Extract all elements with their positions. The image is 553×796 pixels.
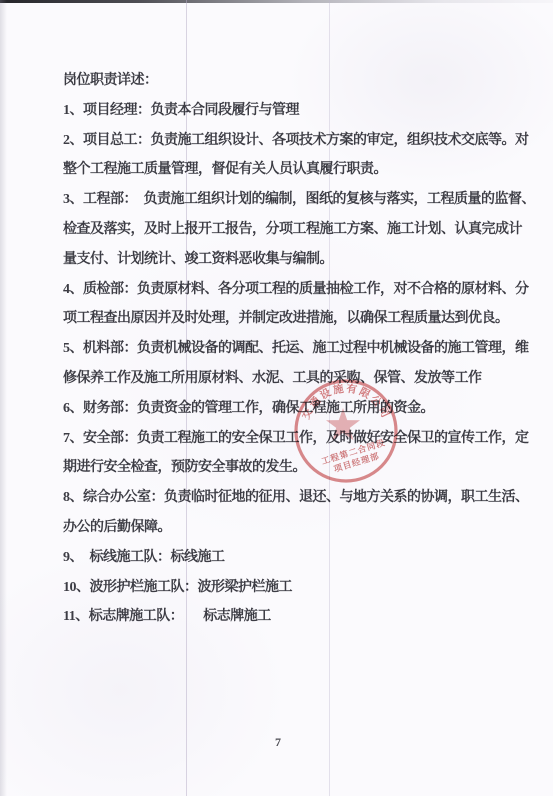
text-line: 5、机料部：负责机械设备的调配、托运、施工过程中机械设备的施工管理，维	[63, 334, 525, 364]
page-number: 7	[258, 735, 298, 750]
seal-arc-text: 交通设施有限公司	[299, 382, 393, 421]
text-line: 量支付、计划统计、竣工资料恶收集与编制。	[63, 245, 525, 275]
text-line: 4、质检部：负责原材料、各分项工程的质量抽检工作，对不合格的原材料、分	[63, 275, 525, 305]
section-heading: 岗位职责详述：	[63, 66, 525, 96]
text-line: 9、 标线施工队：标线施工	[63, 543, 525, 573]
company-seal-stamp: 交通设施有限公司 工程第二合同段 项目经理部	[281, 366, 411, 496]
svg-text:交通设施有限公司: 交通设施有限公司	[299, 382, 393, 421]
star-icon	[326, 408, 360, 440]
text-line: 2、项目总工：负责施工组织设计、各项技术方案的审定，组织技术交底等。对	[63, 126, 525, 156]
text-line: 办公的后勤保障。	[63, 513, 525, 543]
text-line: 整个工程施工质量管理，督促有关人员认真履行职责。	[63, 155, 525, 185]
text-line: 3、工程部： 负责施工组织计划的编制，图纸的复核与落实，工程质量的监督、	[63, 185, 525, 215]
body-text: 岗位职责详述： 1、项目经理：负责本合同段履行与管理 2、项目总工：负责施工组织…	[63, 66, 525, 632]
text-line: 11、标志牌施工队： 标志牌施工	[63, 602, 525, 632]
scan-top-edge	[0, 0, 553, 3]
text-line: 项工程查出原因并及时处理，并制定改进措施，以确保工程质量达到优良。	[63, 304, 525, 334]
scanned-document-page: 岗位职责详述： 1、项目经理：负责本合同段履行与管理 2、项目总工：负责施工组织…	[0, 0, 553, 796]
text-line: 1、项目经理：负责本合同段履行与管理	[63, 96, 525, 126]
text-line: 10、波形护栏施工队：波形梁护栏施工	[63, 573, 525, 603]
text-line: 检查及落实，及时上报开工报告，分项工程施工方案、施工计划、认真完成计	[63, 215, 525, 245]
scan-left-edge	[0, 0, 7, 796]
